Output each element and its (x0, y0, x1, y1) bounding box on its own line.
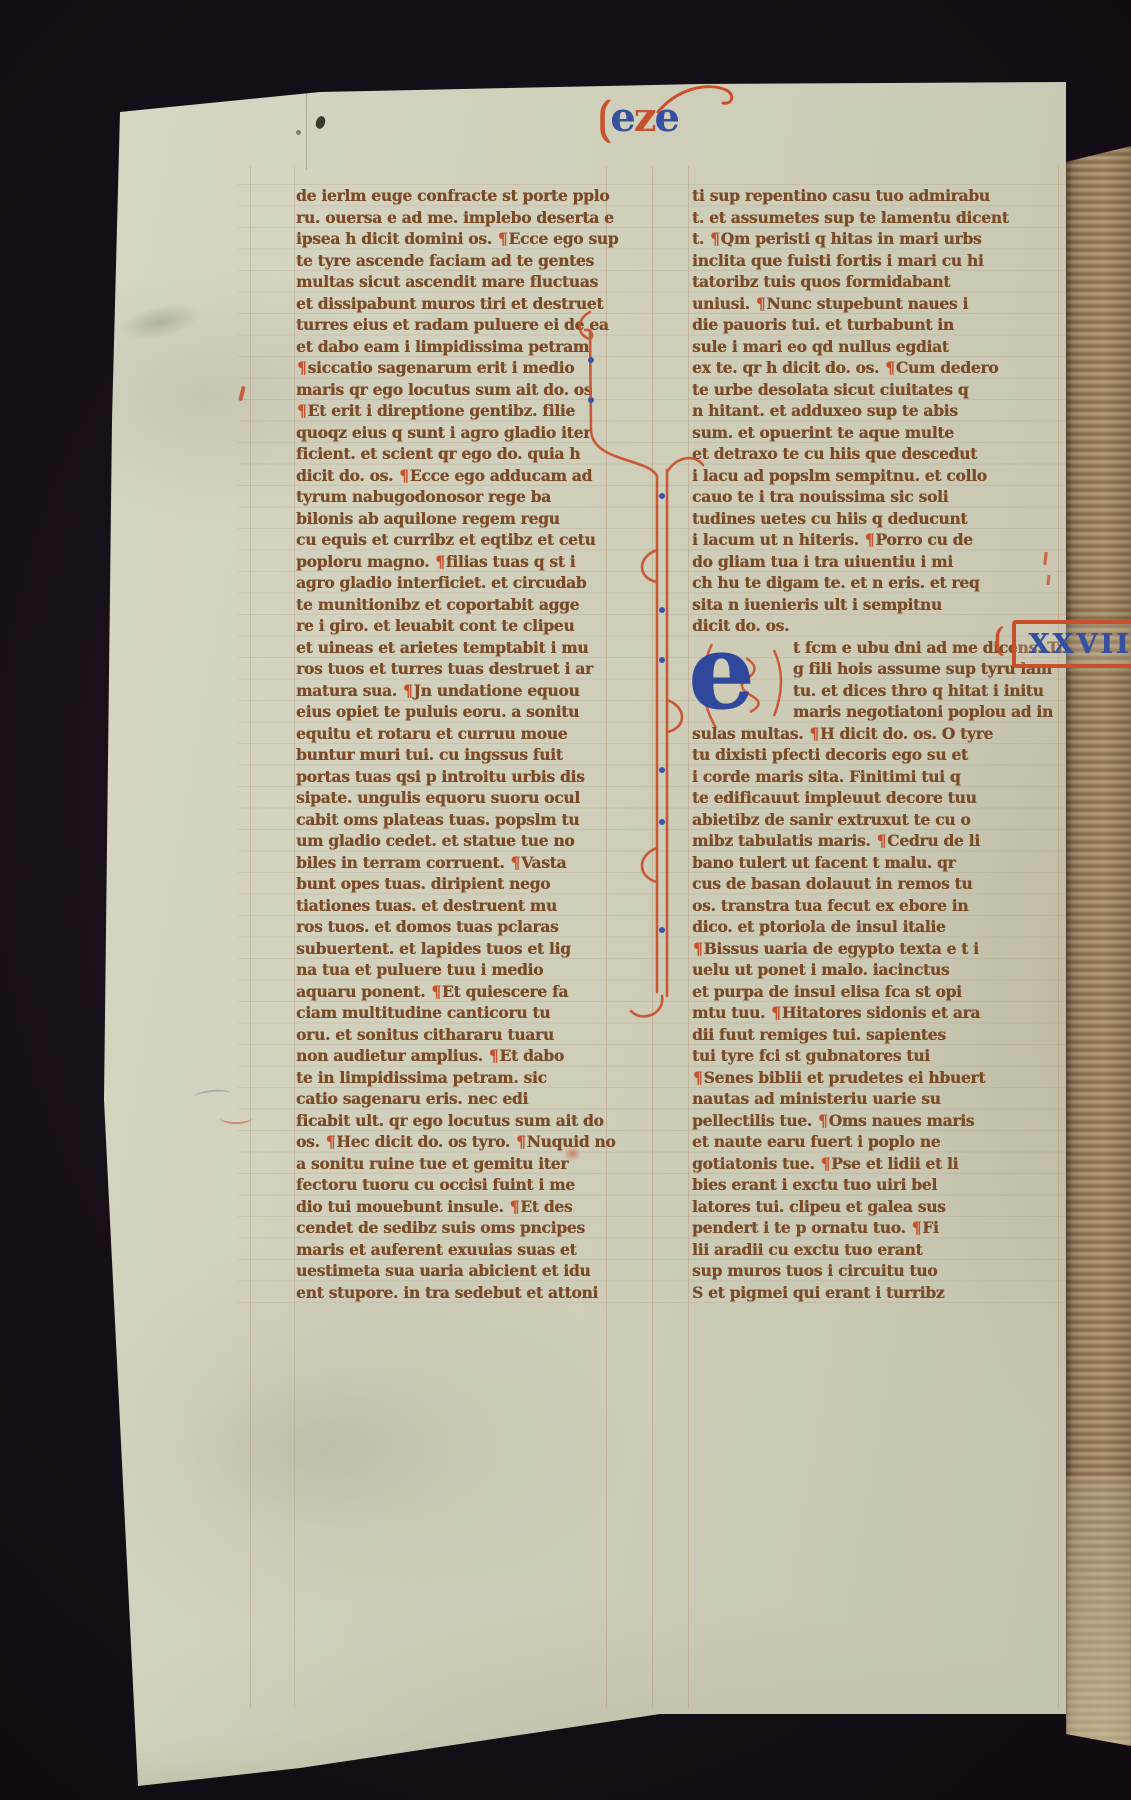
text-line: i lacu ad popslm sempitnu. et collo (692, 465, 1053, 487)
ink-speck (296, 130, 301, 135)
text-line: mtu tuu. ¶Hitatores sidonis et ara (692, 1002, 1053, 1024)
paraph-mark: ¶ (817, 1111, 829, 1130)
text-line: sum. et opuerint te aque multe (692, 422, 1053, 444)
text-line: ch hu te digam te. et n eris. et req (692, 572, 1053, 594)
paraph-mark: ¶ (296, 401, 308, 420)
paraph-mark: ¶ (402, 681, 414, 700)
paraph-mark: ¶ (864, 530, 876, 549)
text-line: de ierlm euge confracte st porte pplo (296, 185, 639, 207)
text-line: os. ¶Hec dicit do. os tyro. ¶Nuquid no (296, 1131, 639, 1153)
text-line: sule i mari eo qd nullus egdiat (692, 336, 1053, 358)
paraph-mark: ¶ (488, 1046, 500, 1065)
paraph-mark: ¶ (398, 466, 410, 485)
manuscript-photo: ⟮ e z e (0, 0, 1131, 1800)
text-line: tu dixisti pfecti decoris ego su et (692, 744, 1053, 766)
text-line: maris et auferent exuuias suas et (296, 1239, 639, 1261)
text-line: g fili hois assume sup tyru lam (692, 658, 1053, 680)
ruling-line (250, 166, 251, 1708)
text-line: sulas multas. ¶H dicit do. os. O tyre (692, 723, 1053, 745)
stain-smudge (116, 298, 205, 347)
red-pigment-blob (564, 1146, 581, 1161)
text-line: mibz tabulatis maris. ¶Cedru de li (692, 830, 1053, 852)
paraph-mark: ¶ (692, 1068, 704, 1087)
text-line: et detraxo te cu hiis que descedut (692, 443, 1053, 465)
manuscript-page: ⟮ e z e (0, 0, 1131, 1800)
text-line: ¶Bissus uaria de egypto texta e t i (692, 938, 1053, 960)
paraph-mark: ¶ (808, 724, 820, 743)
text-line: ex te. qr h dicit do. os. ¶Cum dedero (692, 357, 1053, 379)
text-line: n hitant. et adduxeo sup te abis (692, 400, 1053, 422)
text-line: et naute earu fuert i poplo ne (692, 1131, 1053, 1153)
chapter-paraph: ⟮ (994, 622, 1004, 657)
paraph-mark: ¶ (296, 358, 308, 377)
paraph-mark: ¶ (911, 1218, 923, 1237)
paraph-mark: ¶ (325, 1132, 337, 1151)
text-line: cus de basan dolauut in remos tu (692, 873, 1053, 895)
text-line: ent stupore. in tra sedebut et attoni (296, 1282, 639, 1304)
ruling-line (1058, 166, 1059, 1708)
margin-tick-red (1046, 575, 1050, 585)
text-line: te tyre ascende faciam ad te gentes (296, 250, 639, 272)
paraph-mark: ¶ (884, 358, 896, 377)
text-line: gotiatonis tue. ¶Pse et lidii et li (692, 1153, 1053, 1175)
text-line: bano tulert ut facent t malu. qr (692, 852, 1053, 874)
text-line: t. et assumetes sup te lamentu dicent (692, 207, 1053, 229)
text-line: uestimeta sua uaria abicient et idu (296, 1260, 639, 1282)
text-line: et purpa de insul elisa fca st opi (692, 981, 1053, 1003)
text-line: catio sagenaru eris. nec edi (296, 1088, 639, 1110)
header-paraph: ⟮ (598, 94, 609, 142)
text-line: maris negotiatoni poplou ad in (692, 701, 1053, 723)
text-line: nautas ad ministeriu uarie su (692, 1088, 1053, 1110)
text-line: tui tyre fci st gubnatores tui (692, 1045, 1053, 1067)
text-line: die pauoris tui. et turbabunt in (692, 314, 1053, 336)
header-letter: e (610, 96, 633, 140)
text-line: bies erant i exctu tuo uiri bel (692, 1174, 1053, 1196)
text-line: abietibz de sanir extruxut te cu o (692, 809, 1053, 831)
text-line: sup muros tuos i circuitu tuo (692, 1260, 1053, 1282)
paraph-mark: ¶ (434, 552, 446, 571)
text-column-right: ti sup repentino casu tuo admirabut. et … (692, 185, 1064, 1307)
text-line: S et pigmei qui erant i turribz (692, 1282, 1053, 1304)
ink-speck (314, 115, 327, 130)
paraph-mark: ¶ (430, 982, 442, 1001)
text-line: multas sicut ascendit mare fluctuas (296, 271, 639, 293)
pen-flourish (560, 300, 710, 1030)
text-line: non audietur amplius. ¶Et dabo (296, 1045, 639, 1067)
text-line: sita n iuenieris ult i sempitnu (692, 594, 1053, 616)
paraph-mark: ¶ (876, 831, 888, 850)
text-line: i corde maris sita. Finitimi tui q (692, 766, 1053, 788)
text-line: inclita que fuisti fortis i mari cu hi (692, 250, 1053, 272)
text-line: fectoru tuoru cu occisi fuint i me (296, 1174, 639, 1196)
running-header: ⟮ e z e (598, 96, 678, 148)
text-line: os. transtra tua fecut ex ebore in (692, 895, 1053, 917)
text-line: dii fuut remiges tui. sapientes (692, 1024, 1053, 1046)
chapter-number-box: XXVII (1012, 620, 1131, 668)
header-letter: z (634, 96, 655, 140)
text-line: te in limpidissima petram. sic (296, 1067, 639, 1089)
text-line: te urbe desolata sicut ciuitates q (692, 379, 1053, 401)
text-line: tudines uetes cu hiis q deducunt (692, 508, 1053, 530)
text-line: tu. et dices thro q hitat i initu (692, 680, 1053, 702)
paraph-mark: ¶ (515, 1132, 527, 1151)
ruling-line (294, 166, 295, 1708)
chapter-number: XXVII (1028, 629, 1131, 660)
margin-mark-red (220, 1112, 252, 1124)
paraph-mark: ¶ (709, 229, 721, 248)
stain-discoloration (180, 1370, 460, 1530)
stain-spot (856, 66, 870, 77)
text-line: do gliam tua i tra uiuentiu i mi (692, 551, 1053, 573)
header-letter: e (655, 96, 678, 140)
margin-tick-red (1043, 552, 1048, 565)
fore-edge-pages (1066, 146, 1131, 1746)
text-line: a sonitu ruine tue et gemitu iter (296, 1153, 639, 1175)
text-line: dio tui mouebunt insule. ¶Et des (296, 1196, 639, 1218)
text-line: ru. ouersa e ad me. implebo deserta e (296, 207, 639, 229)
paraph-mark: ¶ (510, 853, 522, 872)
fore-edge-lower (1066, 1476, 1131, 1746)
text-line: latores tui. clipeu et galea sus (692, 1196, 1053, 1218)
margin-mark-blue (194, 1088, 231, 1102)
text-line: uniusi. ¶Nunc stupebunt naues i (692, 293, 1053, 315)
text-line: ficabit ult. qr ego locutus sum ait do (296, 1110, 639, 1132)
text-line: ipsea h dicit domini os. ¶Ecce ego sup (296, 228, 639, 250)
parchment-crease (306, 86, 307, 170)
text-line: lii aradii cu exctu tuo erant (692, 1239, 1053, 1261)
paraph-mark: ¶ (770, 1003, 782, 1022)
paraph-mark: ¶ (509, 1197, 521, 1216)
paraph-mark: ¶ (497, 229, 509, 248)
paraph-mark: ¶ (755, 294, 767, 313)
text-line: cauo te i tra nouissima sic soli (692, 486, 1053, 508)
paraph-mark: ¶ (820, 1154, 832, 1173)
header-swash-flourish (656, 80, 746, 116)
text-line: pellectilis tue. ¶Oms naues maris (692, 1110, 1053, 1132)
text-line: tatoribz tuis quos formidabant (692, 271, 1053, 293)
text-line: cendet de sedibz suis oms pncipes (296, 1217, 639, 1239)
margin-mark-red (238, 386, 246, 402)
text-line: uelu ut ponet i malo. iacinctus (692, 959, 1053, 981)
text-line: pendert i te p ornatu tuo. ¶Fi (692, 1217, 1053, 1239)
text-line: dico. et ptoriola de insul italie (692, 916, 1053, 938)
text-line: t. ¶Qm peristi q hitas in mari urbs (692, 228, 1053, 250)
text-line: ti sup repentino casu tuo admirabu (692, 185, 1053, 207)
text-line: ¶Senes biblii et prudetes ei hbuert (692, 1067, 1053, 1089)
text-line: te edificauut impleuut decore tuu (692, 787, 1053, 809)
text-line: i lacum ut n hiteris. ¶Porro cu de (692, 529, 1053, 551)
